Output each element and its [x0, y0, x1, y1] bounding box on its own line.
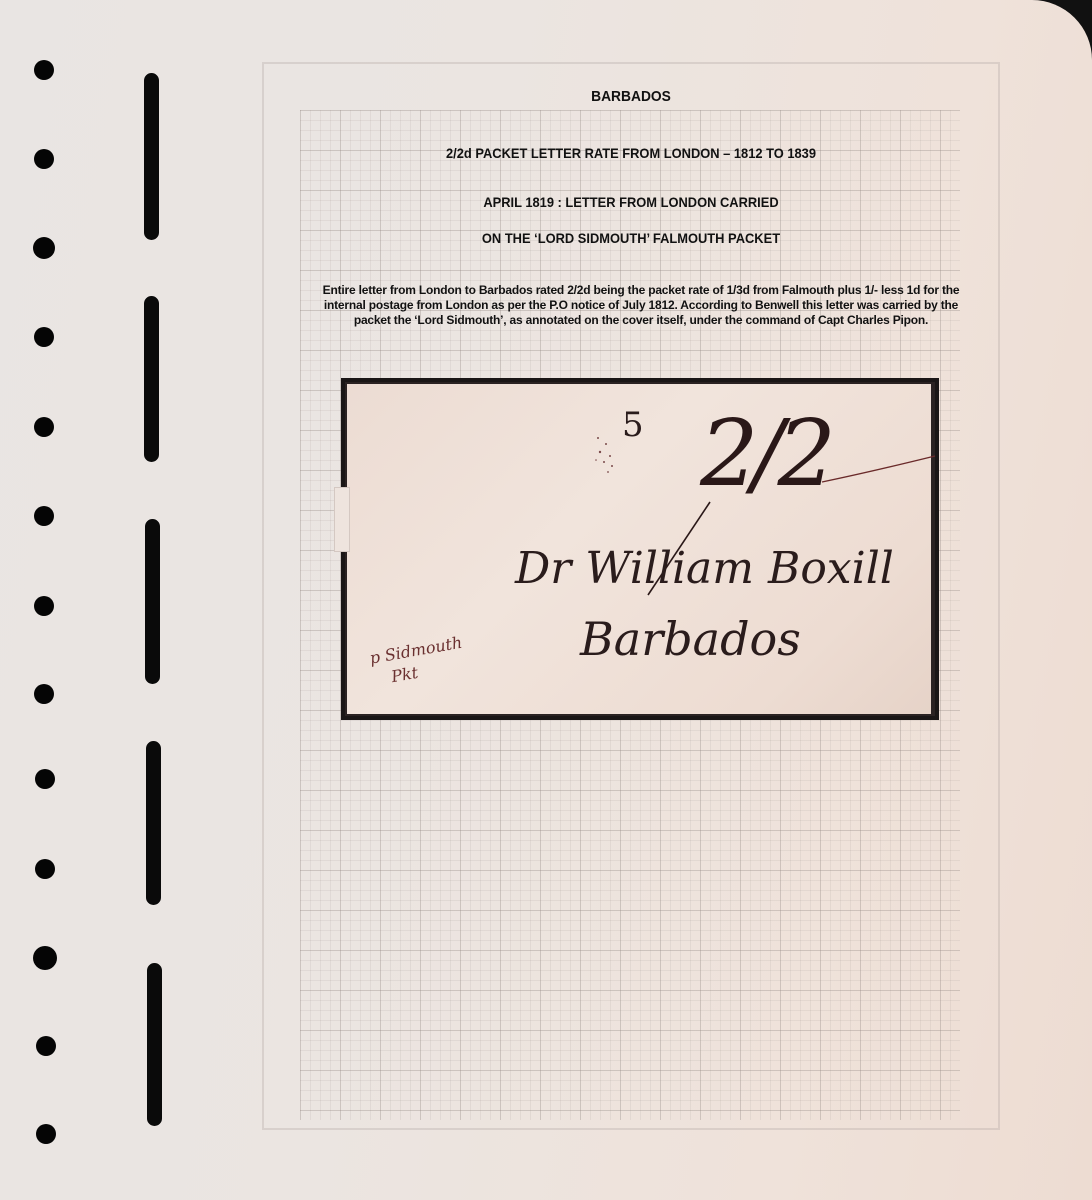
binder-hole: [34, 417, 54, 437]
address-addressee: Dr William Boxill: [515, 543, 894, 594]
page-subtitle: 2/2d PACKET LETTER RATE FROM LONDON – 18…: [292, 145, 971, 161]
rate-mark-large: 2/2: [700, 400, 830, 507]
binder-slot: [147, 963, 162, 1126]
page-title: BARBADOS: [292, 88, 971, 105]
binder-hole: [34, 149, 54, 169]
binder-hole: [34, 506, 54, 526]
binder-hole: [35, 859, 55, 879]
binder-slot: [145, 519, 160, 684]
binder-hole: [34, 327, 54, 347]
rate-mark-small: 5: [622, 405, 644, 445]
cover-fold-tab: [334, 487, 350, 552]
heading-line-2: ON THE ‘LORD SIDMOUTH’ FALMOUTH PACKET: [292, 230, 971, 246]
heading-line-1: APRIL 1819 : LETTER FROM LONDON CARRIED: [292, 194, 971, 210]
binder-slot: [146, 741, 161, 905]
binder-hole: [33, 946, 57, 970]
binder-hole: [33, 237, 55, 259]
margin-watermark: [120, 500, 134, 730]
binder-hole: [34, 596, 54, 616]
address-destination: Barbados: [580, 612, 801, 666]
binder-hole: [36, 1124, 56, 1144]
description-text: Entire letter from London to Barbados ra…: [318, 283, 964, 328]
binder-slot: [144, 73, 159, 240]
album-page: BARBADOS 2/2d PACKET LETTER RATE FROM LO…: [0, 0, 1092, 1200]
binder-hole: [34, 684, 54, 704]
binder-hole: [35, 769, 55, 789]
binder-hole: [34, 60, 54, 80]
binder-hole: [36, 1036, 56, 1056]
binder-slot: [144, 296, 159, 462]
